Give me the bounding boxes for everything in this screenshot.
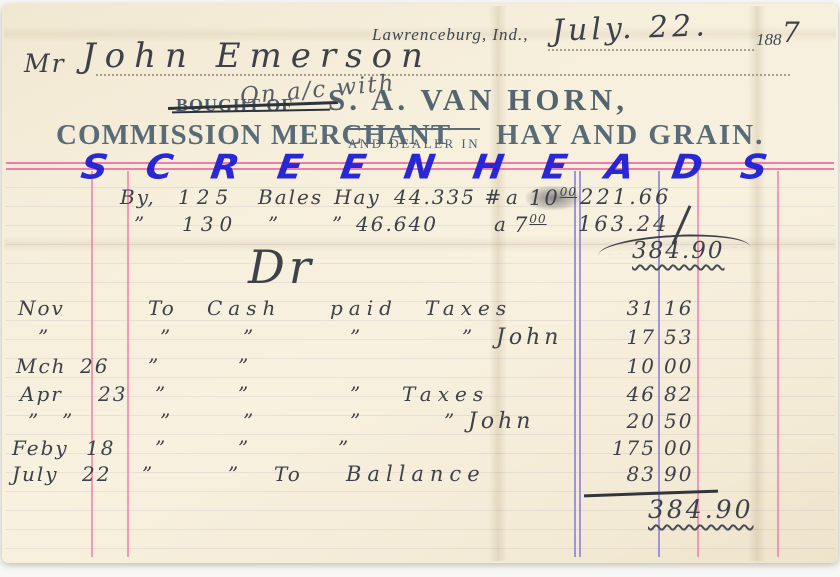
ledger-row: Nov To Cash paid Taxes 31 16 [0,297,840,327]
credit-total: 384.90 [632,239,724,264]
entry-cell: To [148,297,176,319]
month-cell: Nov [18,297,65,319]
at-cell: a [494,213,508,235]
month-cell: Mch [16,355,67,377]
year-handwritten: 7 [782,18,802,49]
ledger-row: ” ” ” ” ” John 17 53 [0,326,840,356]
business-line-right: HAY AND GRAIN. [496,121,764,150]
month-cell: July [12,463,59,485]
entry-cell: ” [243,326,255,348]
ledger-row: July 22 ” ” To Ballance 83 90 [0,463,840,493]
entry-cell: ” [148,355,160,377]
entry-cell: ” [462,326,474,348]
entry-cell: paid [330,297,398,319]
addressee-prefix: Mr [24,50,66,78]
date-handwritten: July. 22. [551,9,709,47]
entry-cell: ” [160,326,172,348]
cents-cell: 00 [664,437,693,459]
entry-cell: ” [238,355,250,377]
entry-cell: Taxes [425,297,512,319]
entry-cell: To [274,463,302,485]
day-cell: 23 [98,383,127,405]
dollars-cell: 175 [568,437,656,459]
entry-cell: ” [238,437,250,459]
amount-cell: 163.24 [578,213,669,236]
entry-cell: ” [350,410,362,432]
date-rule-dotted [548,49,754,51]
dollars-cell: 20 [568,410,656,432]
unit-cell: ” [268,213,280,235]
entry-cell: ” [155,437,167,459]
dollars-cell: 46 [568,383,656,405]
at-cell: a [506,186,520,208]
ledger-total: 384.90 [648,496,753,524]
dollars-cell: 83 [568,463,656,485]
entry-cell: ” [142,463,154,485]
weight-cell: 46.640 [356,213,438,235]
month-cell: Feby [12,437,69,459]
dollars-cell: 31 [568,297,656,319]
rate-cell: 700 [514,213,547,237]
item-cell: Hay [334,186,381,208]
by-cell: ” [134,213,146,235]
dr-heading: Dr [248,242,315,293]
dollars-cell: 17 [568,326,656,348]
entry-cell: ” [228,463,240,485]
day-cell: 26 [80,355,109,377]
entry-cell: ” [338,437,350,459]
entry-cell: Ballance [346,463,486,486]
dollars-cell: 10 [568,355,656,377]
entry-cell: ” [444,410,456,432]
unit-cell: Bales [258,186,323,208]
ledger-row: ” ” ” ” ” ” John 20 50 [0,410,840,440]
day-cell: ” [62,410,74,432]
qty-cell: 125 [178,186,234,208]
cents-cell: 00 [664,355,693,377]
item-cell: ” [332,213,344,235]
entry-cell: Cash [207,297,281,319]
cents-cell: 90 [664,463,693,485]
amount-cell: 221.66 [580,186,671,209]
entry-cell: ” [350,383,362,405]
screenheads-watermark: SCREENHEADS [78,147,808,187]
entry-cell: ” [155,383,167,405]
merchant-name: S. A. VAN HORN, [328,84,628,115]
month-cell: Apr [20,383,63,405]
cents-cell: 16 [664,297,693,319]
entry-cell: ” [350,326,362,348]
rate-main: 7 [514,213,529,237]
cents-cell: 53 [664,326,693,348]
ledger-row: Mch 26 ” ” 10 00 [0,355,840,385]
cents-cell: 50 [664,410,693,432]
rate-cell: 1000 [526,186,580,210]
entry-cell: Taxes [402,383,489,405]
name-cell: John [496,326,562,350]
name-cell: John [468,410,534,434]
day-cell: 18 [86,437,115,459]
ledger-row: Apr 23 ” ” ” Taxes 46 82 [0,383,840,413]
scanned-billhead-document: Lawrenceburg, Ind., July. 22. 188 7 Mr J… [0,0,840,577]
by-cell: By, [120,186,156,208]
year-printed: 188 [756,30,782,50]
day-cell: 22 [82,463,111,485]
rate-main: 10 [529,186,560,210]
entry-cell: ” [160,410,172,432]
rate-cents: 00 [529,212,546,226]
weight-cell: 44.335 # [394,186,503,208]
addressee-name: John Emerson [82,38,432,75]
month-cell: ” [28,410,40,432]
rate-cents: 00 [560,185,577,199]
entry-cell: ” [238,383,250,405]
cents-cell: 82 [664,383,693,405]
qty-cell: 130 [182,213,238,235]
addressee-rule-dotted [96,74,790,76]
month-cell: ” [38,326,50,348]
entry-cell: ” [243,410,255,432]
